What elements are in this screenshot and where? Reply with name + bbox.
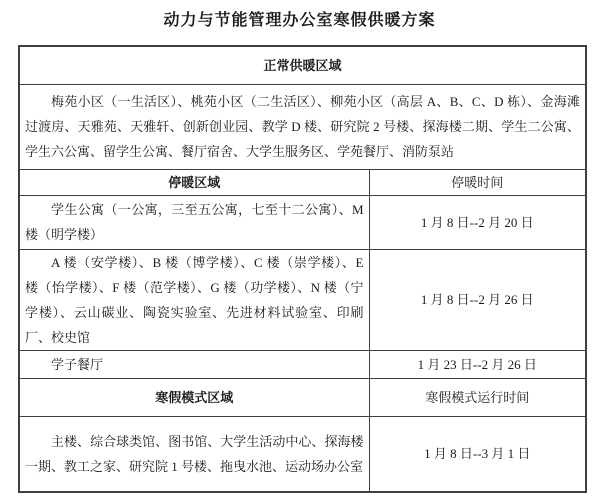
- document-page: 动力与节能管理办公室寒假供暖方案 正常供暖区域 梅苑小区（一生活区）、桃苑小区（…: [0, 0, 599, 500]
- table-row: A 楼（安学楼）、B 楼（博学楼）、C 楼（崇学楼）、E 楼（怡学楼）、F 楼（…: [19, 249, 586, 350]
- vacation-row-main-time: 1 月 8 日--3 月 1 日: [369, 416, 586, 492]
- stop-row-buildings-time: 1 月 8 日--2 月 26 日: [369, 249, 586, 350]
- normal-heating-areas-row: 梅苑小区（一生活区）、桃苑小区（二生活区）、柳苑小区（高层 A、B、C、D 栋）…: [19, 84, 586, 169]
- page-title: 动力与节能管理办公室寒假供暖方案: [0, 7, 599, 30]
- heating-plan-table: 正常供暖区域 梅苑小区（一生活区）、桃苑小区（二生活区）、柳苑小区（高层 A、B…: [18, 45, 587, 493]
- stop-heating-header-row: 停暖区域 停暖时间: [19, 169, 586, 195]
- vacation-mode-time-header: 寒假模式运行时间: [369, 378, 586, 416]
- table-row: 学子餐厅 1 月 23 日--2 月 26 日: [19, 350, 586, 378]
- vacation-mode-area-header: 寒假模式区域: [19, 378, 369, 416]
- stop-heating-area-header: 停暖区域: [19, 169, 369, 195]
- stop-heating-time-header: 停暖时间: [369, 169, 586, 195]
- normal-heating-header-row: 正常供暖区域: [19, 46, 586, 84]
- vacation-mode-header-row: 寒假模式区域 寒假模式运行时间: [19, 378, 586, 416]
- stop-row-buildings-area: A 楼（安学楼）、B 楼（博学楼）、C 楼（崇学楼）、E 楼（怡学楼）、F 楼（…: [19, 249, 369, 350]
- stop-row-dorms-time: 1 月 8 日--2 月 20 日: [369, 195, 586, 249]
- normal-heating-header: 正常供暖区域: [19, 46, 586, 84]
- stop-row-canteen-area: 学子餐厅: [19, 350, 369, 378]
- table-row: 主楼、综合球类馆、图书馆、大学生活动中心、探海楼一期、教工之家、研究院 1 号楼…: [19, 416, 586, 492]
- normal-heating-areas: 梅苑小区（一生活区）、桃苑小区（二生活区）、柳苑小区（高层 A、B、C、D 栋）…: [19, 84, 586, 169]
- vacation-row-main-area: 主楼、综合球类馆、图书馆、大学生活动中心、探海楼一期、教工之家、研究院 1 号楼…: [19, 416, 369, 492]
- table-row: 学生公寓（一公寓，三至五公寓，七至十二公寓）、M 楼（明学楼） 1 月 8 日-…: [19, 195, 586, 249]
- stop-row-canteen-time: 1 月 23 日--2 月 26 日: [369, 350, 586, 378]
- stop-row-dorms-area: 学生公寓（一公寓，三至五公寓，七至十二公寓）、M 楼（明学楼）: [19, 195, 369, 249]
